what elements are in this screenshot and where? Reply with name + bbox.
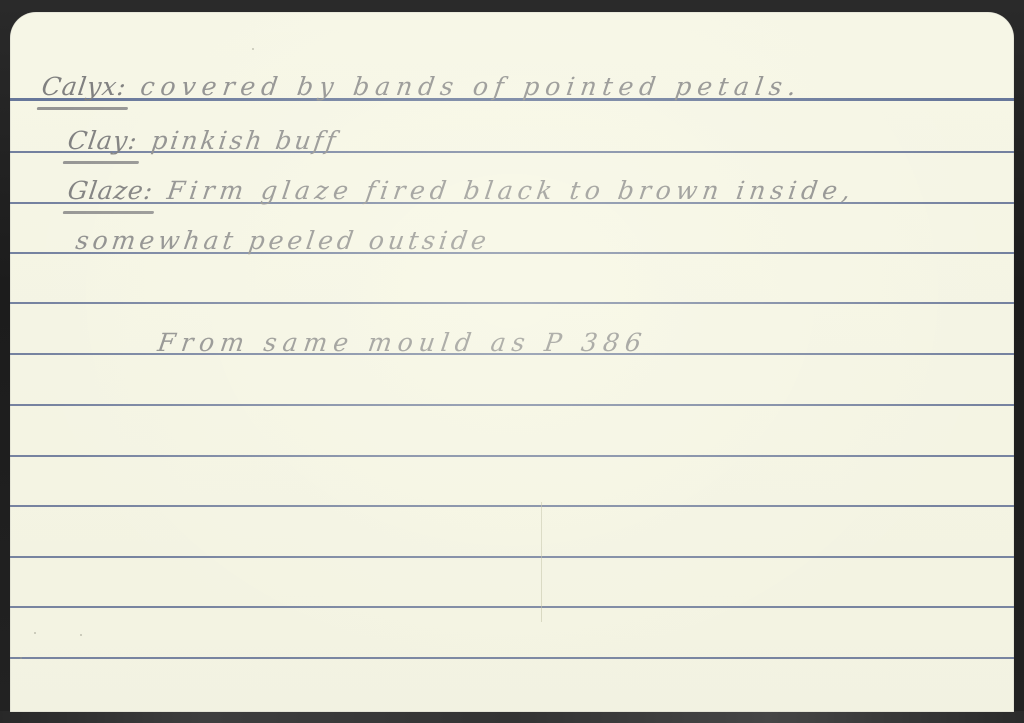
handwritten-line-calyx: Calyx:covered by bands of pointed petals… [40, 74, 803, 99]
field-label-clay: Clay: [66, 126, 140, 155]
ruled-line-7 [10, 404, 1014, 406]
handwritten-line-glaze-continued: somewhat peeled outside [74, 228, 491, 253]
field-value-clay: pinkish buff [150, 126, 341, 155]
index-card: Calyx:covered by bands of pointed petals… [10, 12, 1014, 712]
ruled-line-8 [10, 455, 1014, 457]
ruled-line-11 [10, 606, 1014, 608]
ruled-line-5 [10, 302, 1014, 304]
mould-reference-note: From same mould as P 386 [156, 328, 649, 357]
field-label-calyx: Calyx: [40, 72, 129, 101]
handwritten-line-glaze: Glaze:Firm glaze fired black to brown in… [66, 178, 857, 203]
paper-crease [541, 502, 542, 622]
paper-speck [80, 634, 82, 636]
field-value-calyx: covered by bands of pointed petals. [139, 72, 804, 101]
handwritten-line-clay: Clay:pinkish buff [66, 128, 340, 153]
paper-speck [252, 48, 254, 50]
scanner-edge-glare [0, 711, 1024, 723]
paper-speck [20, 657, 22, 659]
field-label-glaze: Glaze: [66, 176, 155, 205]
ruled-line-9 [10, 505, 1014, 507]
ruled-line-12 [10, 657, 1014, 659]
ruled-line-10 [10, 556, 1014, 558]
field-value-glaze-continued: somewhat peeled outside [74, 226, 492, 255]
handwritten-line-mould-reference: From same mould as P 386 [156, 330, 649, 355]
field-value-glaze: Firm glaze fired black to brown inside, [165, 176, 857, 205]
paper-speck [34, 632, 36, 634]
